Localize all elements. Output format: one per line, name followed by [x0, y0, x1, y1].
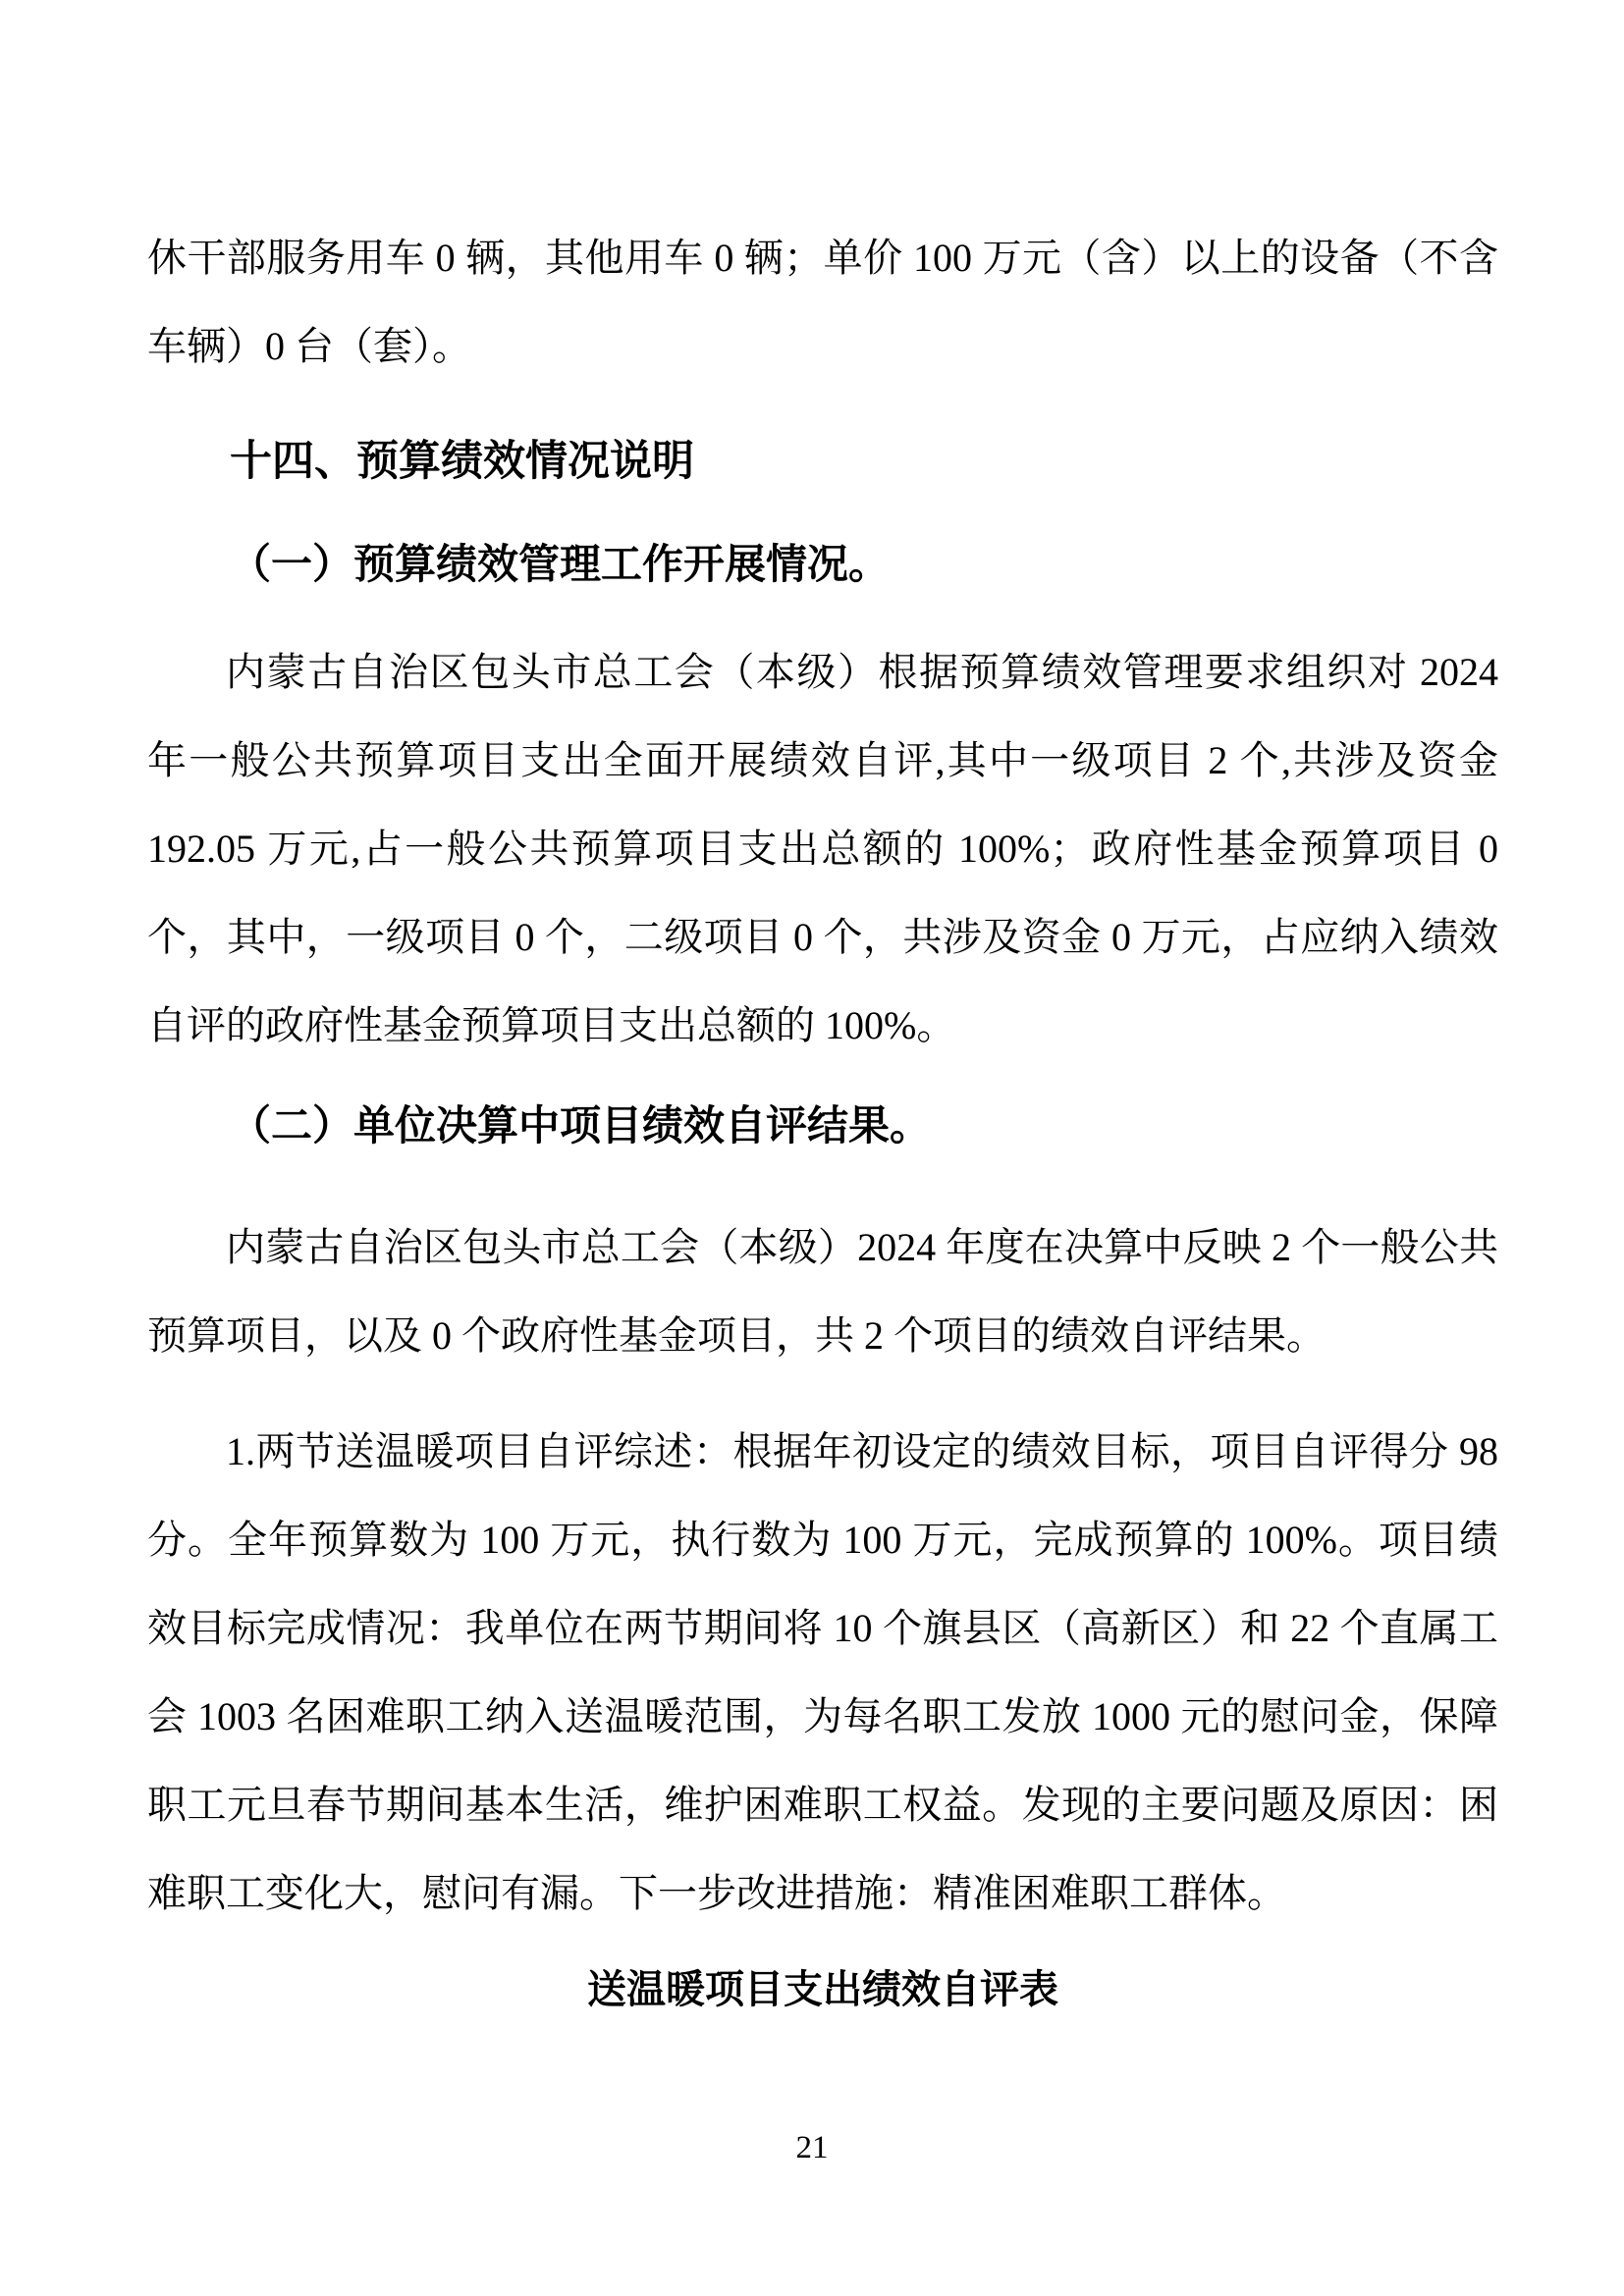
section-heading-14: 十四、预算绩效情况说明	[147, 416, 1498, 507]
paragraph-performance-management: 内蒙古自治区包头市总工会（本级）根据预算绩效管理要求组织对 2024 年一般公共…	[147, 628, 1498, 1070]
subsection-heading-2: （二）单位决算中项目绩效自评结果。	[147, 1082, 1498, 1172]
document-page: 休干部服务用车 0 辆，其他用车 0 辆；单价 100 万元（含）以上的设备（不…	[0, 0, 1624, 2296]
paragraph-self-evaluation-summary: 内蒙古自治区包头市总工会（本级）2024 年度在决算中反映 2 个一般公共预算项…	[147, 1203, 1498, 1380]
page-number: 21	[0, 2128, 1624, 2167]
paragraph-vehicles-equipment: 休干部服务用车 0 辆，其他用车 0 辆；单价 100 万元（含）以上的设备（不…	[147, 214, 1498, 391]
table-title: 送温暖项目支出绩效自评表	[147, 1946, 1498, 2034]
subsection-heading-1: （一）预算绩效管理工作开展情况。	[147, 520, 1498, 611]
paragraph-warmth-project-review: 1.两节送温暖项目自评综述：根据年初设定的绩效目标，项目自评得分 98 分。全年…	[147, 1408, 1498, 1938]
